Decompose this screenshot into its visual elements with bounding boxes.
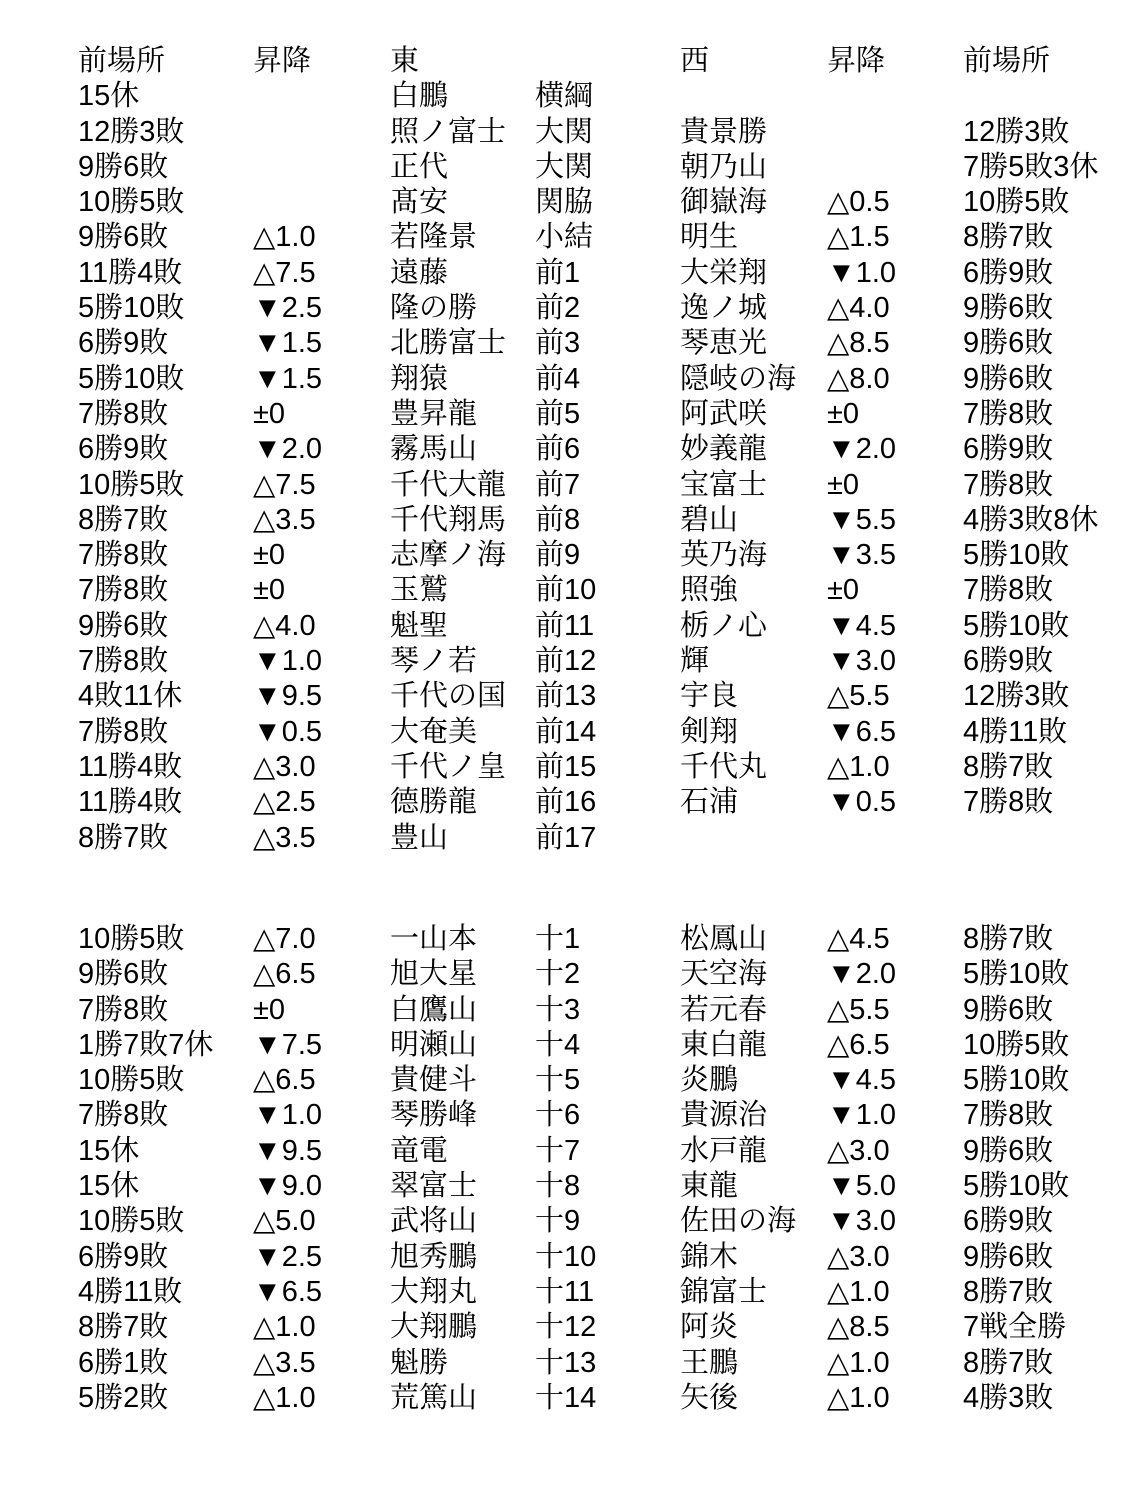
prev-record-east: 7勝8敗 [78,538,253,573]
west-wrestler-name: 逸ノ城 [680,291,827,326]
prev-record-east: 6勝1敗 [78,1346,253,1381]
east-wrestler-name: 千代翔馬 [390,503,535,538]
east-wrestler-name: 竜電 [390,1134,535,1169]
rank: 十5 [535,1063,680,1098]
east-wrestler-name: 玉鷲 [390,573,535,608]
rank: 前13 [535,679,680,714]
prev-record-east: 15休 [78,79,253,114]
change-east: ±0 [253,538,390,573]
prev-record-west: 9勝6敗 [963,993,1148,1028]
prev-record-west: 8勝7敗 [963,1275,1148,1310]
prev-record-east: 9勝6敗 [78,957,253,992]
banzuke-row: 10勝5敗△7.5千代大龍前7宝富士±07勝8敗 [78,468,1148,503]
change-east: △1.0 [253,220,390,255]
west-wrestler-name: 朝乃山 [680,150,827,185]
change-west: △1.0 [827,1381,963,1416]
west-wrestler-name: 炎鵬 [680,1063,827,1098]
west-wrestler-name: 阿武咲 [680,397,827,432]
change-east: ▼1.5 [253,326,390,361]
prev-record-west: 9勝6敗 [963,1240,1148,1275]
banzuke-row: 7勝8敗▼0.5大奄美前14剣翔▼6.54勝11敗 [78,715,1148,750]
change-east: △3.0 [253,750,390,785]
rank: 前7 [535,468,680,503]
header-prev-record-east: 前場所 [78,44,253,79]
east-wrestler-name: 白鷹山 [390,993,535,1028]
change-west: ▼4.5 [827,1063,963,1098]
west-wrestler-name: 東白龍 [680,1028,827,1063]
change-east [253,185,390,220]
west-wrestler-name: 琴恵光 [680,326,827,361]
prev-record-west: 8勝7敗 [963,750,1148,785]
west-wrestler-name: 隠岐の海 [680,362,827,397]
table-header-row: 前場所 昇降 東 西 昇降 前場所 [78,44,1148,79]
change-east: △7.5 [253,468,390,503]
change-west: ▼0.5 [827,785,963,820]
rank: 前11 [535,609,680,644]
prev-record-east: 4勝11敗 [78,1275,253,1310]
banzuke-row: 8勝7敗△3.5豊山前17 [78,821,1148,856]
prev-record-west: 9勝6敗 [963,326,1148,361]
prev-record-west: 4勝11敗 [963,715,1148,750]
prev-record-east: 7勝8敗 [78,573,253,608]
banzuke-row: 5勝2敗△1.0荒篤山十14矢後△1.04勝3敗 [78,1381,1148,1416]
banzuke-row: 7勝8敗▼1.0琴勝峰十6貴源治▼1.07勝8敗 [78,1098,1148,1133]
prev-record-east: 15休 [78,1169,253,1204]
prev-record-west: 7勝8敗 [963,785,1148,820]
change-east: ±0 [253,573,390,608]
change-west: ▼3.0 [827,1204,963,1239]
change-east: ▼9.0 [253,1169,390,1204]
change-west: ▼2.0 [827,432,963,467]
prev-record-east: 7勝8敗 [78,397,253,432]
rank: 前12 [535,644,680,679]
prev-record-east: 8勝7敗 [78,503,253,538]
east-wrestler-name: 琴ノ若 [390,644,535,679]
change-east: △7.5 [253,256,390,291]
banzuke-row: 5勝10敗▼1.5翔猿前4隠岐の海△8.09勝6敗 [78,362,1148,397]
banzuke-row: 7勝8敗▼1.0琴ノ若前12輝▼3.06勝9敗 [78,644,1148,679]
rank: 十1 [535,922,680,957]
change-west: △3.0 [827,1240,963,1275]
rank: 十8 [535,1169,680,1204]
west-wrestler-name: 宇良 [680,679,827,714]
banzuke-row: 8勝7敗△3.5千代翔馬前8碧山▼5.54勝3敗8休 [78,503,1148,538]
east-wrestler-name: 隆の勝 [390,291,535,326]
prev-record-west: 9勝6敗 [963,362,1148,397]
rank: 十2 [535,957,680,992]
change-east: △6.5 [253,957,390,992]
change-east: ▼6.5 [253,1275,390,1310]
east-wrestler-name: 大翔丸 [390,1275,535,1310]
change-west: △1.0 [827,1275,963,1310]
header-west: 西 [680,44,827,79]
west-wrestler-name: 石浦 [680,785,827,820]
east-wrestler-name: 髙安 [390,185,535,220]
east-wrestler-name: 照ノ富士 [390,115,535,150]
change-west: ▼1.0 [827,1098,963,1133]
east-wrestler-name: 魁聖 [390,609,535,644]
change-east: ▼9.5 [253,1134,390,1169]
prev-record-west: 4勝3敗8休 [963,503,1148,538]
prev-record-east: 10勝5敗 [78,185,253,220]
rank: 前3 [535,326,680,361]
prev-record-east: 7勝8敗 [78,993,253,1028]
banzuke-row: 6勝9敗▼2.5旭秀鵬十10錦木△3.09勝6敗 [78,1240,1148,1275]
prev-record-east: 15休 [78,1134,253,1169]
change-east: △4.0 [253,609,390,644]
change-west: △3.0 [827,1134,963,1169]
west-wrestler-name: 宝富士 [680,468,827,503]
west-wrestler-name: 御嶽海 [680,185,827,220]
east-wrestler-name: 魁勝 [390,1346,535,1381]
change-east: △6.5 [253,1063,390,1098]
rank: 前15 [535,750,680,785]
rank: 十6 [535,1098,680,1133]
change-west [827,821,963,856]
rank: 十11 [535,1275,680,1310]
east-wrestler-name: 正代 [390,150,535,185]
rank: 十9 [535,1204,680,1239]
banzuke-row: 10勝5敗髙安関脇御嶽海△0.510勝5敗 [78,185,1148,220]
change-east: △3.5 [253,1346,390,1381]
change-west: △1.0 [827,1346,963,1381]
prev-record-west: 5勝10敗 [963,1169,1148,1204]
prev-record-west: 6勝9敗 [963,432,1148,467]
change-west: ▼6.5 [827,715,963,750]
change-west: ▼3.0 [827,644,963,679]
west-wrestler-name: 照強 [680,573,827,608]
prev-record-east: 5勝10敗 [78,291,253,326]
rank: 大関 [535,150,680,185]
prev-record-east: 11勝4敗 [78,785,253,820]
prev-record-east: 6勝9敗 [78,1240,253,1275]
change-east: ▼0.5 [253,715,390,750]
west-wrestler-name: 碧山 [680,503,827,538]
prev-record-west: 9勝6敗 [963,291,1148,326]
east-wrestler-name: 遠藤 [390,256,535,291]
east-wrestler-name: 白鵬 [390,79,535,114]
banzuke-row: 10勝5敗△6.5貴健斗十5炎鵬▼4.55勝10敗 [78,1063,1148,1098]
rank: 十14 [535,1381,680,1416]
prev-record-west [963,79,1148,114]
rank: 前1 [535,256,680,291]
rank: 前10 [535,573,680,608]
rank: 前14 [535,715,680,750]
header-change-east: 昇降 [253,44,390,79]
prev-record-west: 10勝5敗 [963,185,1148,220]
change-west: ±0 [827,468,963,503]
banzuke-row: 6勝9敗▼2.0霧馬山前6妙義龍▼2.06勝9敗 [78,432,1148,467]
west-wrestler-name: 松鳳山 [680,922,827,957]
banzuke-row: 15休▼9.5竜電十7水戸龍△3.09勝6敗 [78,1134,1148,1169]
prev-record-east: 10勝5敗 [78,922,253,957]
banzuke-row: 4勝11敗▼6.5大翔丸十11錦富士△1.08勝7敗 [78,1275,1148,1310]
prev-record-east: 4敗11休 [78,679,253,714]
change-east: ▼1.0 [253,1098,390,1133]
east-wrestler-name: 豊昇龍 [390,397,535,432]
west-wrestler-name [680,821,827,856]
prev-record-east: 8勝7敗 [78,821,253,856]
prev-record-west: 7勝8敗 [963,573,1148,608]
header-change-west: 昇降 [827,44,963,79]
change-east: △1.0 [253,1310,390,1345]
west-wrestler-name: 水戸龍 [680,1134,827,1169]
rank: 前6 [535,432,680,467]
banzuke-row: 9勝6敗正代大関朝乃山7勝5敗3休 [78,150,1148,185]
east-wrestler-name: 若隆景 [390,220,535,255]
change-west: ▼4.5 [827,609,963,644]
prev-record-west: 7戦全勝 [963,1310,1148,1345]
change-east: ▼1.0 [253,644,390,679]
banzuke-row: 8勝7敗△1.0大翔鵬十12阿炎△8.57戦全勝 [78,1310,1148,1345]
banzuke-row: 9勝6敗△1.0若隆景小結明生△1.58勝7敗 [78,220,1148,255]
banzuke-row: 6勝9敗▼1.5北勝富士前3琴恵光△8.59勝6敗 [78,326,1148,361]
west-wrestler-name: 佐田の海 [680,1204,827,1239]
prev-record-east: 12勝3敗 [78,115,253,150]
change-west: △8.0 [827,362,963,397]
banzuke-row: 12勝3敗照ノ富士大関貴景勝12勝3敗 [78,115,1148,150]
prev-record-west: 5勝10敗 [963,538,1148,573]
prev-record-west [963,821,1148,856]
change-west: △5.5 [827,993,963,1028]
change-east: ▼2.5 [253,1240,390,1275]
prev-record-west: 5勝10敗 [963,609,1148,644]
west-wrestler-name: 妙義龍 [680,432,827,467]
rank: 関脇 [535,185,680,220]
change-west: △4.0 [827,291,963,326]
prev-record-west: 8勝7敗 [963,220,1148,255]
east-wrestler-name: 大奄美 [390,715,535,750]
change-east: △1.0 [253,1381,390,1416]
east-wrestler-name: 琴勝峰 [390,1098,535,1133]
prev-record-east: 9勝6敗 [78,150,253,185]
prev-record-west: 4勝3敗 [963,1381,1148,1416]
prev-record-east: 5勝2敗 [78,1381,253,1416]
banzuke-row: 10勝5敗△5.0武将山十9佐田の海▼3.06勝9敗 [78,1204,1148,1239]
change-east: ▼7.5 [253,1028,390,1063]
change-west: △1.0 [827,750,963,785]
change-east: ±0 [253,397,390,432]
prev-record-west: 10勝5敗 [963,1028,1148,1063]
banzuke-row: 11勝4敗△3.0千代ノ皇前15千代丸△1.08勝7敗 [78,750,1148,785]
west-wrestler-name: 輝 [680,644,827,679]
west-wrestler-name: 阿炎 [680,1310,827,1345]
change-east [253,115,390,150]
east-wrestler-name: 一山本 [390,922,535,957]
prev-record-east: 10勝5敗 [78,1204,253,1239]
change-east: ▼2.0 [253,432,390,467]
change-east: △3.5 [253,821,390,856]
change-west: △6.5 [827,1028,963,1063]
rank: 十4 [535,1028,680,1063]
change-west: △5.5 [827,679,963,714]
prev-record-west: 9勝6敗 [963,1134,1148,1169]
east-wrestler-name: 志摩ノ海 [390,538,535,573]
change-east: ▼9.5 [253,679,390,714]
rank: 十12 [535,1310,680,1345]
prev-record-east: 10勝5敗 [78,1063,253,1098]
change-west: △4.5 [827,922,963,957]
east-wrestler-name: 荒篤山 [390,1381,535,1416]
change-west: ▼1.0 [827,256,963,291]
east-wrestler-name: 旭大星 [390,957,535,992]
change-west: ±0 [827,573,963,608]
prev-record-west: 12勝3敗 [963,679,1148,714]
rank: 小結 [535,220,680,255]
rank: 前16 [535,785,680,820]
prev-record-east: 8勝7敗 [78,1310,253,1345]
prev-record-west: 7勝8敗 [963,397,1148,432]
banzuke-row: 9勝6敗△6.5旭大星十2天空海▼2.05勝10敗 [78,957,1148,992]
change-east: △3.5 [253,503,390,538]
prev-record-west: 7勝8敗 [963,1098,1148,1133]
prev-record-east: 6勝9敗 [78,326,253,361]
east-wrestler-name: 明瀬山 [390,1028,535,1063]
west-wrestler-name: 剣翔 [680,715,827,750]
banzuke-row: 7勝8敗±0白鷹山十3若元春△5.59勝6敗 [78,993,1148,1028]
prev-record-east: 6勝9敗 [78,432,253,467]
west-wrestler-name: 矢後 [680,1381,827,1416]
rank: 前2 [535,291,680,326]
change-west: △8.5 [827,326,963,361]
east-wrestler-name: 翠富士 [390,1169,535,1204]
change-east: △5.0 [253,1204,390,1239]
change-west: △0.5 [827,185,963,220]
east-wrestler-name: 千代大龍 [390,468,535,503]
rank: 前8 [535,503,680,538]
prev-record-west: 7勝5敗3休 [963,150,1148,185]
banzuke-row: 5勝10敗▼2.5隆の勝前2逸ノ城△4.09勝6敗 [78,291,1148,326]
rank: 十13 [535,1346,680,1381]
change-east: ▼1.5 [253,362,390,397]
change-east [253,150,390,185]
west-wrestler-name: 大栄翔 [680,256,827,291]
banzuke-row: 10勝5敗△7.0一山本十1松鳳山△4.58勝7敗 [78,922,1148,957]
change-west [827,79,963,114]
east-wrestler-name: 霧馬山 [390,432,535,467]
change-east: ▼2.5 [253,291,390,326]
prev-record-east: 9勝6敗 [78,220,253,255]
east-wrestler-name: 千代の国 [390,679,535,714]
change-west: ±0 [827,397,963,432]
prev-record-east: 11勝4敗 [78,256,253,291]
prev-record-west: 8勝7敗 [963,922,1148,957]
rank: 前9 [535,538,680,573]
west-wrestler-name: 英乃海 [680,538,827,573]
rank: 十7 [535,1134,680,1169]
rank: 前17 [535,821,680,856]
east-wrestler-name: 千代ノ皇 [390,750,535,785]
prev-record-east: 1勝7敗7休 [78,1028,253,1063]
juryo-ranking-table: 10勝5敗△7.0一山本十1松鳳山△4.58勝7敗9勝6敗△6.5旭大星十2天空… [78,922,1148,1416]
rank: 大関 [535,115,680,150]
prev-record-west: 8勝7敗 [963,1346,1148,1381]
west-wrestler-name: 栃ノ心 [680,609,827,644]
header-prev-record-west: 前場所 [963,44,1148,79]
rank: 前5 [535,397,680,432]
prev-record-east: 11勝4敗 [78,750,253,785]
east-wrestler-name: 武将山 [390,1204,535,1239]
change-west [827,150,963,185]
header-east: 東 [390,44,535,79]
east-wrestler-name: 大翔鵬 [390,1310,535,1345]
banzuke-row: 6勝1敗△3.5魁勝十13王鵬△1.08勝7敗 [78,1346,1148,1381]
banzuke-row: 11勝4敗△2.5德勝龍前16石浦▼0.57勝8敗 [78,785,1148,820]
change-west: ▼5.0 [827,1169,963,1204]
prev-record-west: 7勝8敗 [963,468,1148,503]
east-wrestler-name: 豊山 [390,821,535,856]
prev-record-east: 5勝10敗 [78,362,253,397]
east-wrestler-name: 翔猿 [390,362,535,397]
banzuke-row: 7勝8敗±0玉鷲前10照強±07勝8敗 [78,573,1148,608]
east-wrestler-name: 旭秀鵬 [390,1240,535,1275]
banzuke-row: 1勝7敗7休▼7.5明瀬山十4東白龍△6.510勝5敗 [78,1028,1148,1063]
west-wrestler-name [680,79,827,114]
prev-record-east: 10勝5敗 [78,468,253,503]
change-east [253,79,390,114]
banzuke-row: 7勝8敗±0豊昇龍前5阿武咲±07勝8敗 [78,397,1148,432]
makuuchi-ranking-table: 前場所 昇降 東 西 昇降 前場所 15休白鵬横綱12勝3敗照ノ富士大関貴景勝1… [78,44,1148,856]
change-west: ▼2.0 [827,957,963,992]
rank: 横綱 [535,79,680,114]
change-west: ▼3.5 [827,538,963,573]
west-wrestler-name: 東龍 [680,1169,827,1204]
change-east: △2.5 [253,785,390,820]
prev-record-east: 7勝8敗 [78,644,253,679]
banzuke-row: 7勝8敗±0志摩ノ海前9英乃海▼3.55勝10敗 [78,538,1148,573]
prev-record-west: 6勝9敗 [963,644,1148,679]
change-east: △7.0 [253,922,390,957]
prev-record-east: 9勝6敗 [78,609,253,644]
banzuke-row: 15休▼9.0翠富士十8東龍▼5.05勝10敗 [78,1169,1148,1204]
west-wrestler-name: 貴景勝 [680,115,827,150]
west-wrestler-name: 若元春 [680,993,827,1028]
prev-record-west: 5勝10敗 [963,957,1148,992]
banzuke-row: 11勝4敗△7.5遠藤前1大栄翔▼1.06勝9敗 [78,256,1148,291]
west-wrestler-name: 錦富士 [680,1275,827,1310]
banzuke-row: 15休白鵬横綱 [78,79,1148,114]
prev-record-west: 6勝9敗 [963,1204,1148,1239]
west-wrestler-name: 千代丸 [680,750,827,785]
west-wrestler-name: 王鵬 [680,1346,827,1381]
banzuke-row: 4敗11休▼9.5千代の国前13宇良△5.512勝3敗 [78,679,1148,714]
prev-record-east: 7勝8敗 [78,715,253,750]
rank: 前4 [535,362,680,397]
header-rank [535,44,680,79]
rank: 十3 [535,993,680,1028]
prev-record-west: 5勝10敗 [963,1063,1148,1098]
west-wrestler-name: 貴源治 [680,1098,827,1133]
prev-record-west: 12勝3敗 [963,115,1148,150]
change-west: ▼5.5 [827,503,963,538]
west-wrestler-name: 明生 [680,220,827,255]
west-wrestler-name: 天空海 [680,957,827,992]
change-west [827,115,963,150]
change-west: △1.5 [827,220,963,255]
east-wrestler-name: 德勝龍 [390,785,535,820]
prev-record-west: 6勝9敗 [963,256,1148,291]
west-wrestler-name: 錦木 [680,1240,827,1275]
prev-record-east: 7勝8敗 [78,1098,253,1133]
change-east: ±0 [253,993,390,1028]
east-wrestler-name: 北勝富士 [390,326,535,361]
rank: 十10 [535,1240,680,1275]
banzuke-row: 9勝6敗△4.0魁聖前11栃ノ心▼4.55勝10敗 [78,609,1148,644]
change-west: △8.5 [827,1310,963,1345]
east-wrestler-name: 貴健斗 [390,1063,535,1098]
